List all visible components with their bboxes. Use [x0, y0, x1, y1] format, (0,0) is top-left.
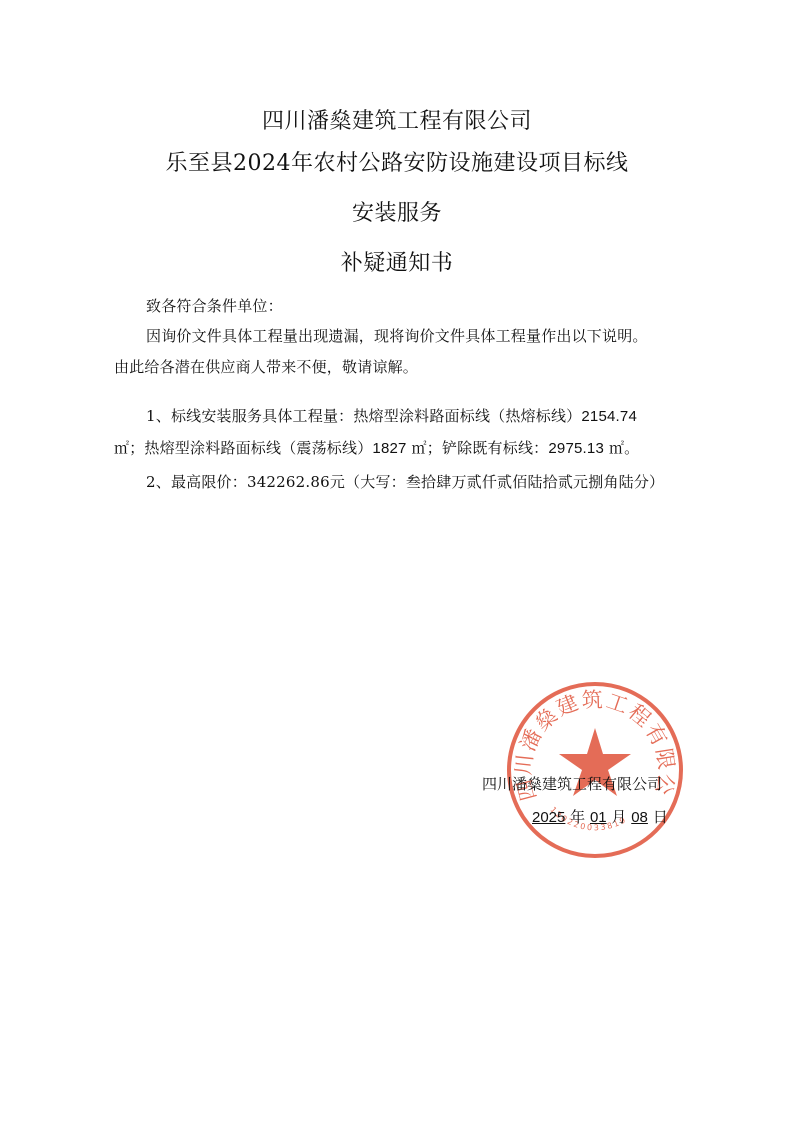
document-type-title: 补疑通知书: [0, 246, 794, 277]
date-month-label: 月: [611, 808, 626, 826]
date-year: 2025: [532, 809, 565, 826]
item-1-line-2: ㎡；热熔型涂料路面标线（震荡标线）1827 ㎡；铲除既有标线：2975.13 ㎡…: [114, 438, 639, 459]
company-seal-stamp: 四川潘燊建筑工程有限公司 120220033819: [505, 680, 685, 860]
explanation-line-1: 因询价文件具体工程量出现遗漏，现将询价文件具体工程量作出以下说明。: [146, 326, 648, 346]
explanation-line-2: 由此给各潜在供应商人带来不便，敬请谅解。: [114, 357, 418, 377]
date-day: 08: [631, 809, 648, 826]
item-1-line-1: 1、标线安装服务具体工程量：热熔型涂料路面标线（热熔标线）2154.74: [146, 406, 637, 427]
company-title: 四川潘燊建筑工程有限公司: [0, 104, 794, 135]
date-day-label: 日: [653, 808, 668, 826]
item-1-removal-label: ㎡；铲除既有标线：: [407, 439, 549, 457]
item-1-removal-quantity: 2975.13: [548, 440, 604, 457]
item-1-vibration-quantity: 1827: [372, 440, 406, 457]
item-1-hot-melt-quantity: 2154.74: [581, 408, 637, 425]
project-title: 乐至县2024年农村公路安防设施建设项目标线: [0, 146, 794, 177]
date-year-label: 年: [570, 808, 585, 826]
item-1-description: 1、标线安装服务具体工程量：热熔型涂料路面标线（热熔标线）: [146, 407, 581, 425]
item-1-unit-vibration-label: ㎡；热熔型涂料路面标线（震荡标线）: [114, 439, 372, 457]
greeting: 致各符合条件单位：: [146, 296, 283, 316]
date-month: 01: [590, 809, 607, 826]
signature-date: 2025 年 01 月 08 日: [532, 806, 668, 827]
item-1-end: ㎡。: [604, 439, 639, 457]
service-title: 安装服务: [0, 196, 794, 227]
signature-company: 四川潘燊建筑工程有限公司: [482, 773, 662, 794]
item-2-max-price: 2、最高限价：342262.86元（大写：叁拾肆万贰仟贰佰陆拾贰元捌角陆分）: [146, 472, 664, 492]
